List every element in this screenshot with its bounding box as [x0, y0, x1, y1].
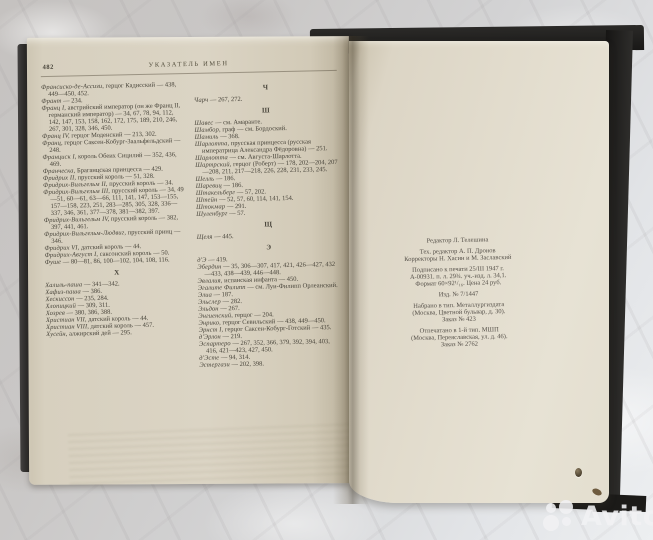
section-entries: Халиль-паша — 341—342. Хафиз-паша — 386.… — [45, 279, 190, 338]
index-section: Ш Шавес — см. Амаранте. Шамбор, граф — с… — [194, 106, 340, 218]
colophon-group: Набрано в тип. Металлургиздата (Москва, … — [356, 300, 561, 325]
entry-references: — 445. — [212, 233, 233, 240]
page-hole-detail — [575, 468, 582, 477]
section-letter-heading: Ш — [194, 106, 338, 116]
running-head-title: УКАЗАТЕЛЬ ИМЕН — [39, 58, 339, 71]
entry-references: — 57. — [227, 210, 245, 217]
section-letter-heading: Э — [197, 243, 341, 253]
entry-name: Хусейн, — [46, 331, 67, 338]
section-entries: Шавес — см. Амаранте. Шамбор, граф — см.… — [194, 117, 340, 218]
avito-watermark-text: Avito — [581, 500, 653, 534]
index-section: Ч Чарч — 267, 272. — [194, 83, 338, 104]
colophon-line: Изд. № 7/1447 — [356, 289, 561, 300]
index-entry: Франц I, австрийский император (он же Фр… — [41, 102, 185, 133]
index-entry: Шартрский, герцог (Роберт) — 178, 202—20… — [195, 159, 339, 176]
entry-references: граф — см. Бордоский. — [221, 125, 287, 133]
colophon-group: Отпечатано в 1-й тип. МШП (Москва, Перея… — [357, 325, 562, 350]
index-columns: Франсиско-де-Ассизи, герцог Кадисский — … — [39, 78, 345, 372]
entry-name: Фуше — [45, 259, 61, 266]
section-entries: Чарч — 267, 272. — [194, 94, 338, 104]
section-entries: Щеля — 445. — [197, 231, 341, 241]
index-column-1: Франсиско-де-Ассизи, герцог Кадисский — … — [41, 81, 190, 372]
colophon: Редактор Л. Телешина Тех. редактор А. П.… — [355, 235, 562, 354]
section-entries: д'Э — 419. Эбердин — 35, 306—307, 417, 4… — [197, 254, 343, 369]
index-entry: Чарч — 267, 272. — [194, 94, 338, 104]
entry-references: — 267, 272. — [208, 96, 242, 104]
index-section: Франсиско-де-Ассизи, герцог Кадисский — … — [41, 81, 188, 266]
cover-chip-detail — [591, 487, 603, 497]
entry-references: — 80—81, 86, 100—102, 104, 108, 116. — [61, 256, 170, 265]
index-section: Х Халиль-паша — 341—342. Хафиз-паша — 38… — [45, 268, 190, 338]
left-page-text-block: 482 УКАЗАТЕЛЬ ИМЕН Франсиско-де-Ассизи, … — [39, 58, 345, 372]
section-letter-heading: Ч — [194, 83, 338, 93]
entry-references: алжирский дей — 295. — [67, 329, 132, 337]
book-photo-scene: 482 УКАЗАТЕЛЬ ИМЕН Франсиско-де-Ассизи, … — [0, 0, 653, 540]
right-page: Редактор Л. Телешина Тех. редактор А. П.… — [349, 41, 609, 503]
section-entries: Франсиско-де-Ассизи, герцог Кадисский — … — [41, 81, 188, 266]
colophon-group: Редактор Л. Телешина — [355, 235, 560, 246]
index-entry: Щеля — 445. — [197, 231, 341, 241]
entry-name: Фридрих-Вильгельм-Людвиг, — [44, 229, 126, 238]
avito-logo-icon — [543, 500, 577, 534]
entry-name: Эстергази — [199, 361, 230, 369]
colophon-line: Редактор Л. Телешина — [355, 235, 560, 246]
show-through-text — [68, 423, 355, 489]
index-section: Э д'Э — 419. Эбердин — 35, 306—307, 417,… — [197, 243, 343, 369]
entry-references: — 202, 398. — [230, 361, 264, 369]
entry-name: Чарч — [194, 97, 209, 104]
section-letter-heading: Х — [45, 268, 189, 278]
colophon-group: Изд. № 7/1447 — [356, 289, 561, 300]
index-entry: Фридрих-Вильгельм III, прусский король —… — [43, 186, 187, 217]
left-page: 482 УКАЗАТЕЛЬ ИМЕН Франсиско-де-Ассизи, … — [27, 36, 351, 485]
section-letter-heading: Щ — [196, 220, 340, 230]
colophon-group: Тех. редактор А. П. Дронов Корректоры Н.… — [355, 246, 560, 264]
index-entry: Шарлотта, прусская принцесса (русская им… — [195, 138, 339, 155]
colophon-group: Подписано к печати 25/III 1947 г. А-0093… — [355, 264, 560, 289]
index-section: Щ Щеля — 445. — [196, 220, 340, 241]
entry-name: Шуленбург — [196, 210, 227, 218]
avito-watermark: Avito — [543, 500, 653, 534]
entry-references: австрийский император (он же Франц II, г… — [49, 102, 181, 133]
index-column-2: Ч Чарч — 267, 272. Ш — [193, 78, 342, 369]
entry-name: Щеля — [197, 234, 213, 241]
